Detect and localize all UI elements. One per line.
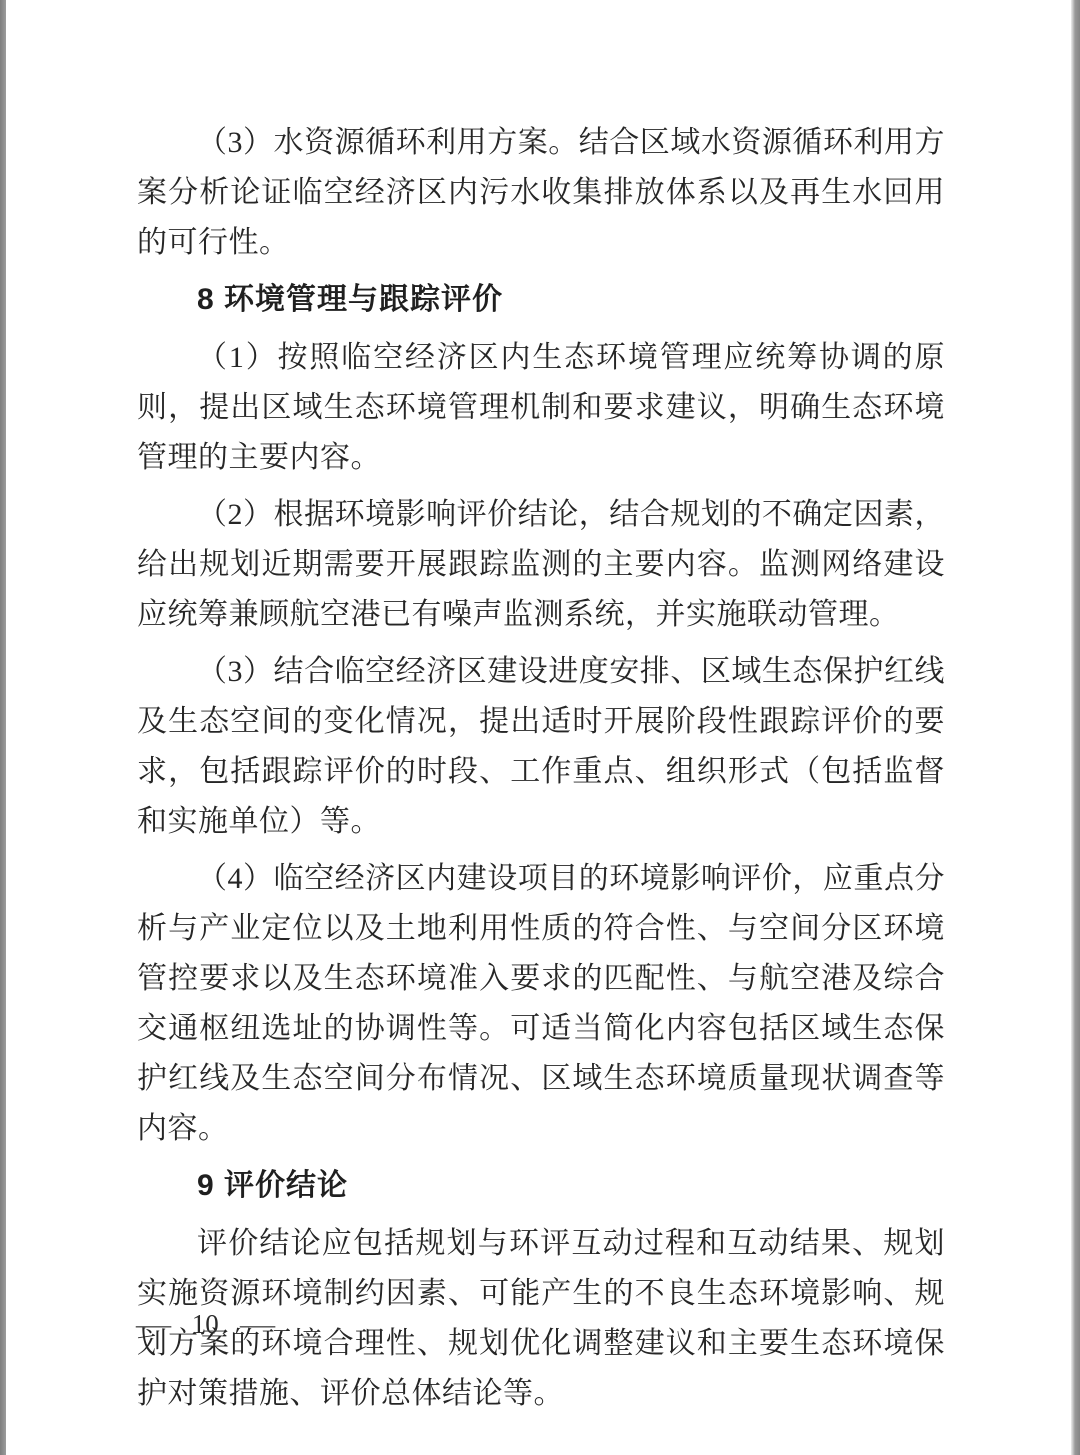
paragraph-8-item-3: （3）结合临空经济区建设进度安排、区域生态保护红线及生态空间的变化情况，提出适时… (137, 647, 945, 847)
section-heading-8-env-management: 8 环境管理与跟踪评价 (137, 275, 945, 325)
page-left-edge (0, 0, 6, 1455)
paragraph-water-recycling-plan: （3）水资源循环利用方案。结合区域水资源循环利用方案分析论证临空经济区内污水收集… (137, 118, 945, 268)
footer-left-dash: — (136, 1308, 171, 1340)
page-footer: — 10 — (140, 1308, 271, 1340)
paragraph-8-item-2: （2）根据环境影响评价结论，结合规划的不确定因素，给出规划近期需要开展跟踪监测的… (137, 490, 945, 640)
section-heading-9-conclusion: 9 评价结论 (137, 1161, 945, 1211)
page-number: 10 (192, 1308, 219, 1340)
page-right-edge (1071, 0, 1080, 1455)
paragraph-8-item-4: （4）临空经济区内建设项目的环境影响评价，应重点分析与产业定位以及土地利用性质的… (137, 854, 945, 1154)
footer-right-dash: — (239, 1308, 274, 1340)
document-content: （3）水资源循环利用方案。结合区域水资源循环利用方案分析论证临空经济区内污水收集… (137, 118, 945, 1426)
document-page: （3）水资源循环利用方案。结合区域水资源循环利用方案分析论证临空经济区内污水收集… (0, 0, 1080, 1455)
paragraph-8-item-1: （1）按照临空经济区内生态环境管理应统筹协调的原则，提出区域生态环境管理机制和要… (137, 333, 945, 483)
